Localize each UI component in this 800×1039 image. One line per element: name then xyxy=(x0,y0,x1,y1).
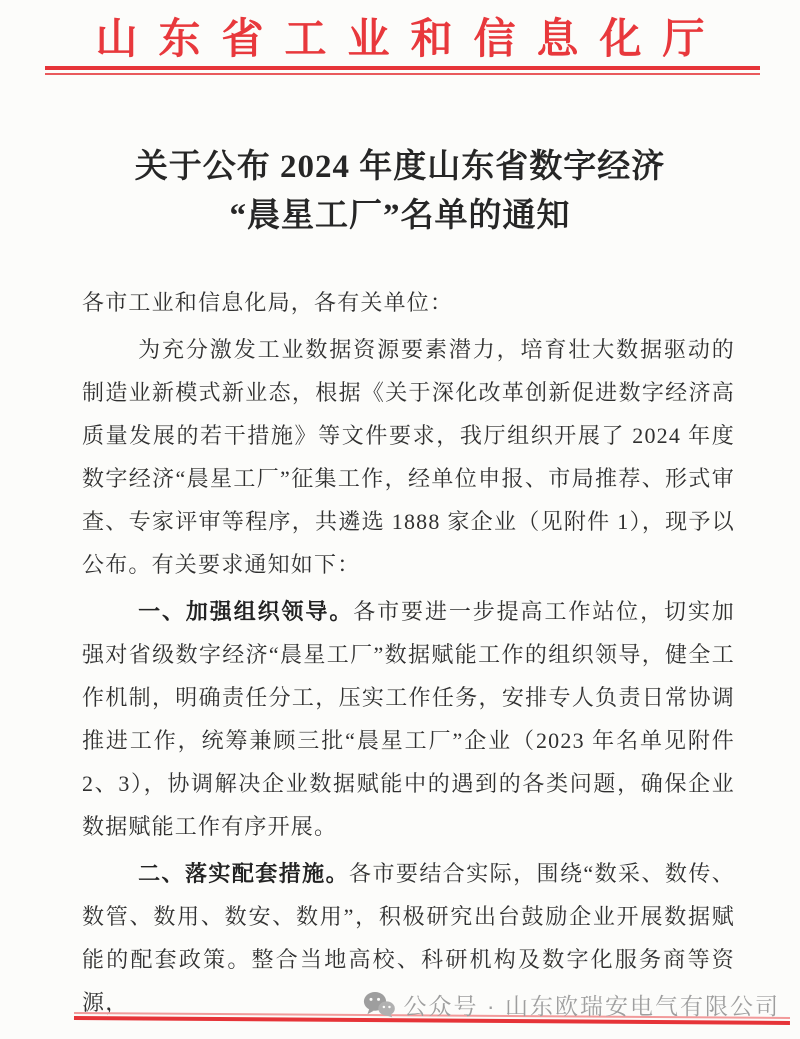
watermark-text: 公众号 · 山东欧瑞安电气有限公司 xyxy=(404,988,780,1021)
paragraph-lead: 二、落实配套措施。 xyxy=(138,861,349,886)
document-title: 关于公布 2024 年度山东省数字经济 “晨星工厂”名单的通知 xyxy=(0,143,800,241)
paragraph-item-1: 一、加强组织领导。各市要进一步提高工作站位，切实加强对省级数字经济“晨星工厂”数… xyxy=(82,590,735,848)
wechat-icon xyxy=(363,991,395,1018)
paragraph-intro: 为充分激发工业数据资源要素潜力，培育壮大数据驱动的制造业新模式新业态，根据《关于… xyxy=(82,328,735,586)
salutation: 各市工业和信息化局，各有关单位： xyxy=(82,281,735,324)
document-body: 各市工业和信息化局，各有关单位： 为充分激发工业数据资源要素潜力，培育壮大数据驱… xyxy=(82,281,735,1024)
document-title-line-2: “晨星工厂”名单的通知 xyxy=(0,192,800,241)
watermark: 公众号 · 山东欧瑞安电气有限公司 xyxy=(363,988,780,1021)
paragraph-text: 各市要进一步提高工作站位，切实加强对省级数字经济“晨星工厂”数据赋能工作的组织领… xyxy=(82,599,735,839)
paragraph-lead: 一、加强组织领导。 xyxy=(138,599,353,624)
document-page: 山东省工业和信息化厅 关于公布 2024 年度山东省数字经济 “晨星工厂”名单的… xyxy=(0,0,800,1039)
paragraph-text: 为充分激发工业数据资源要素潜力，培育壮大数据驱动的制造业新模式新业态，根据《关于… xyxy=(82,337,735,577)
agency-header: 山东省工业和信息化厅 xyxy=(0,6,800,66)
document-title-line-1: 关于公布 2024 年度山东省数字经济 xyxy=(0,143,800,192)
header-rule-thin-line xyxy=(45,73,760,75)
header-rule xyxy=(45,66,760,75)
